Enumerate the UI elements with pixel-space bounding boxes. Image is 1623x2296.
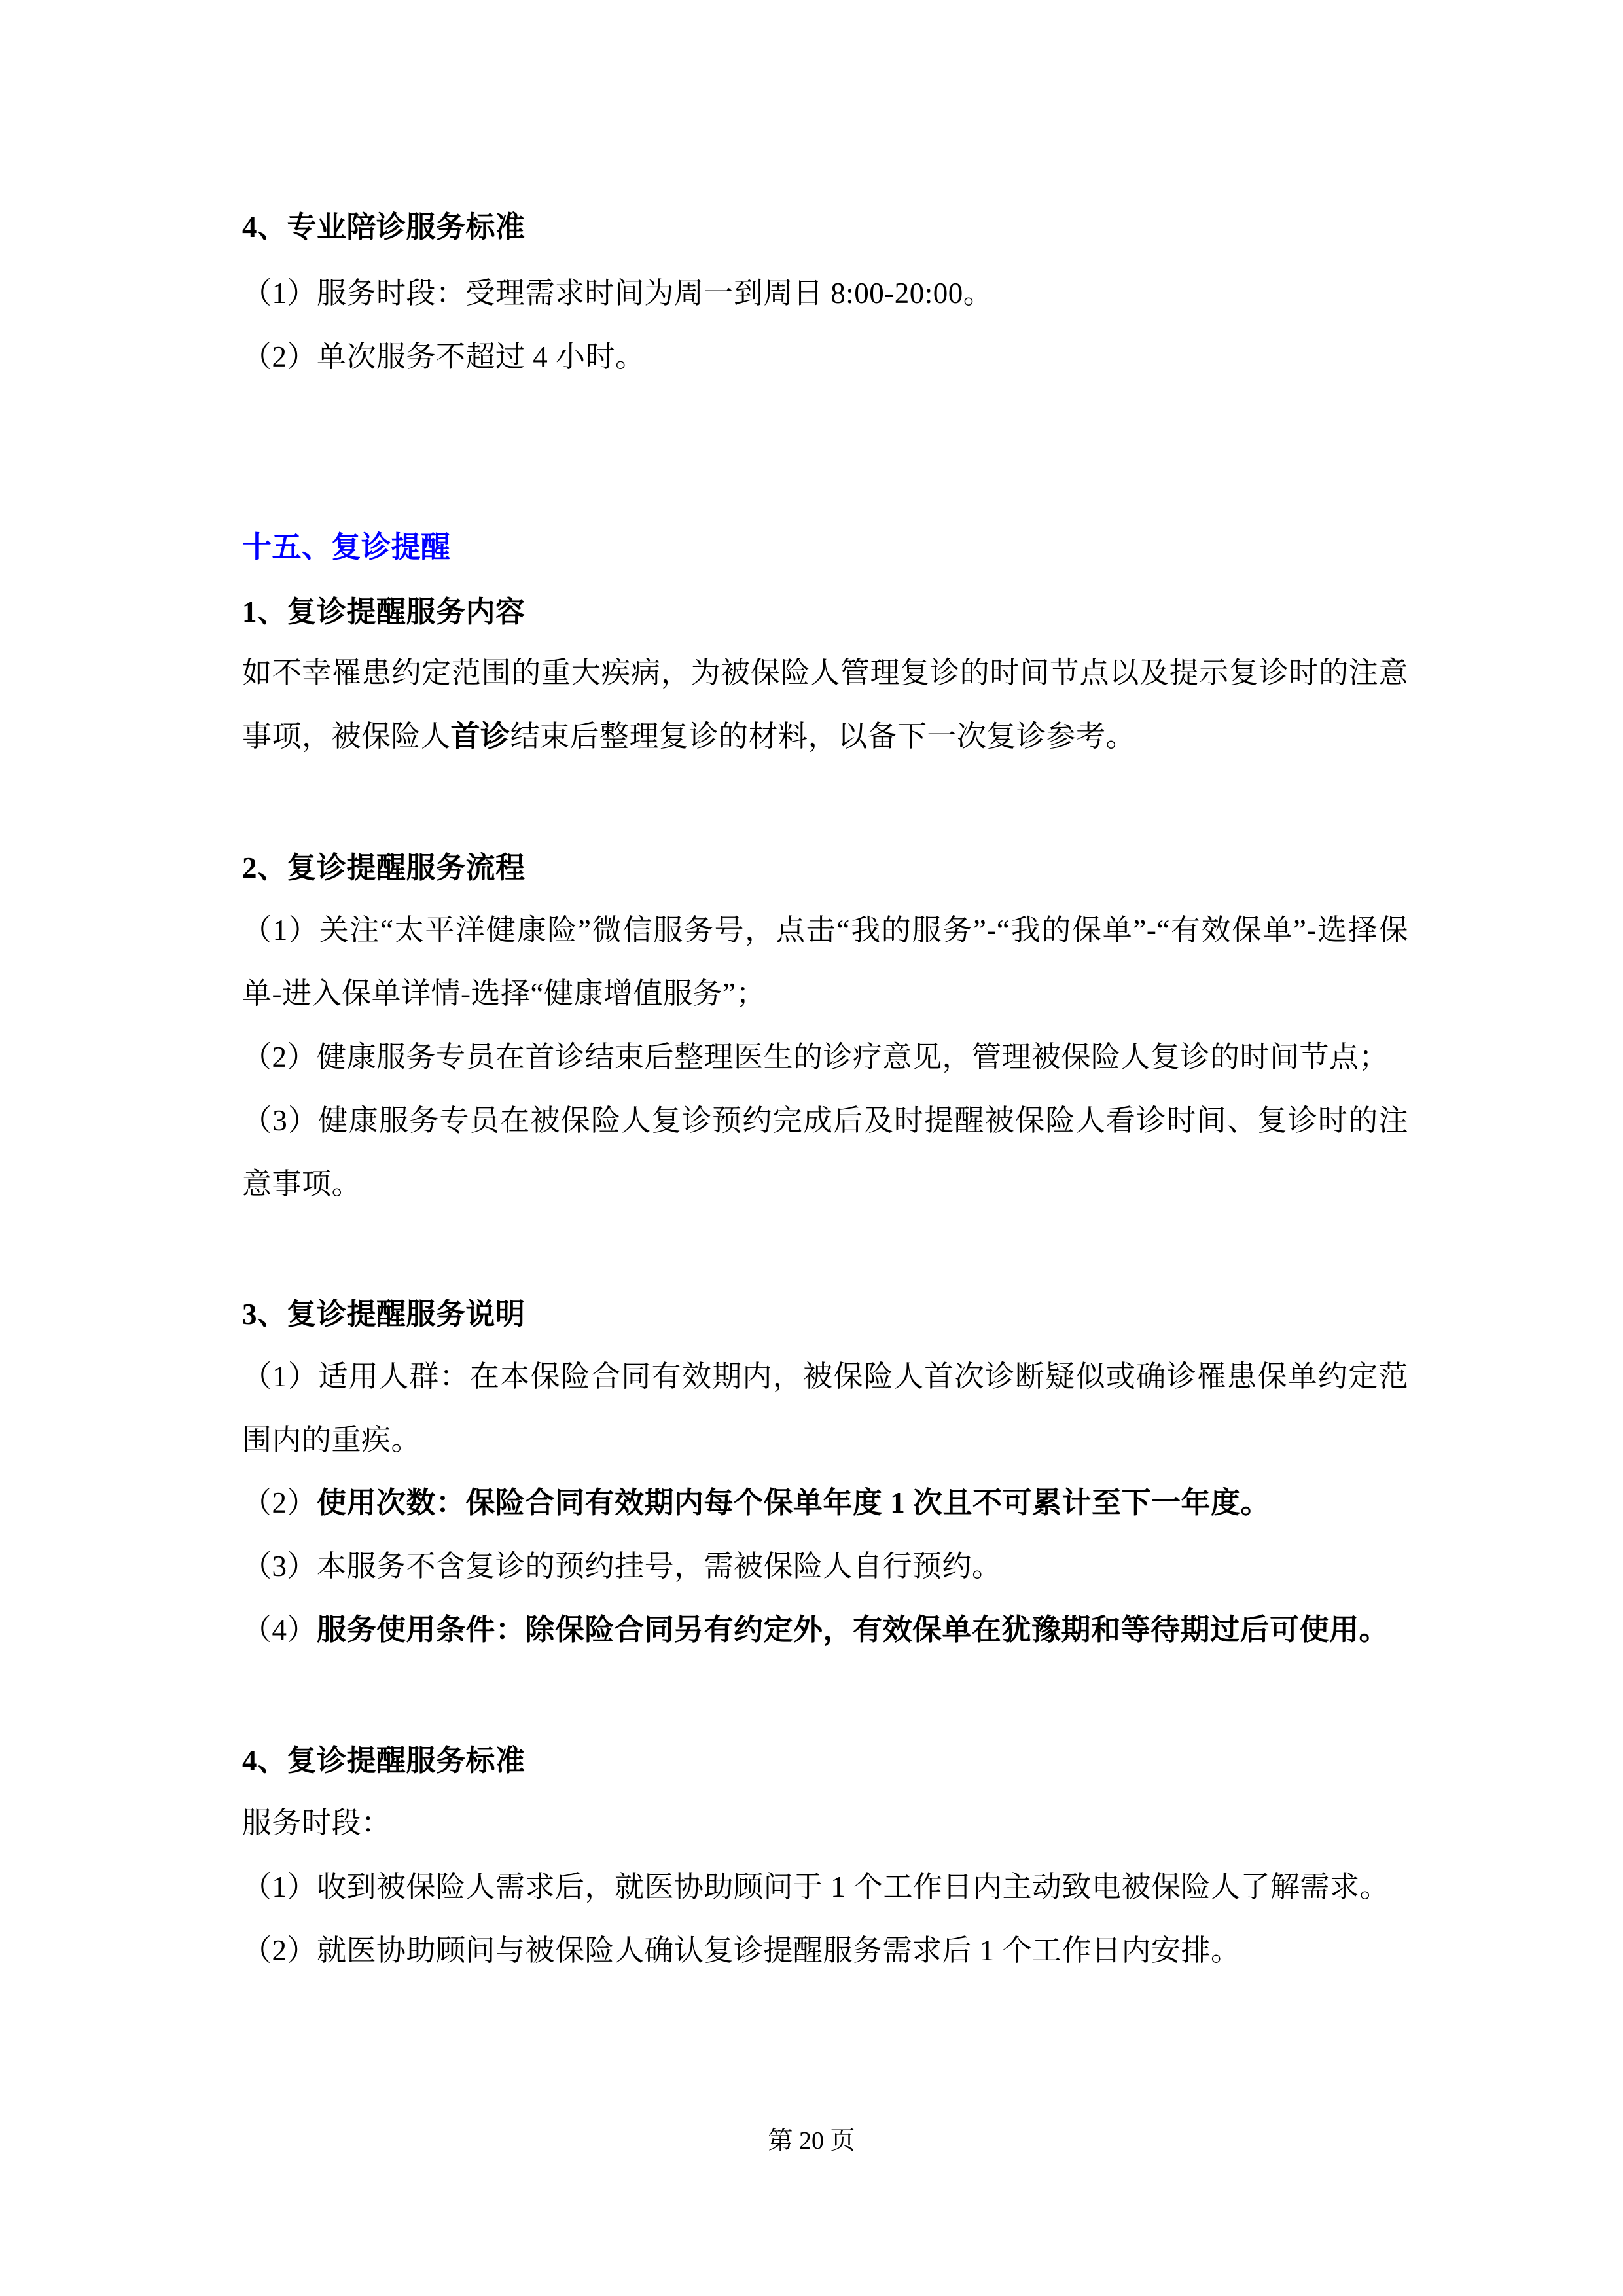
escort-standard-heading: 4、专业陪诊服务标准 [242, 196, 1408, 259]
page-number-footer: 第 20 页 [0, 2123, 1623, 2159]
flow-item-3: （3）健康服务专员在被保险人复诊预约完成后及时提醒被保险人看诊时间、复诊时的注意… [242, 1089, 1408, 1216]
document-page: 4、专业陪诊服务标准 （1）服务时段：受理需求时间为周一到周日 8:00-20:… [0, 0, 1623, 2296]
notes-item-1: （1）适用人群：在本保险合同有效期内，被保险人首次诊断疑似或确诊罹患保单约定范围… [242, 1345, 1408, 1472]
flow-item-1: （1）关注“太平洋健康险”微信服务号，点击“我的服务”-“我的保单”-“有效保单… [242, 899, 1408, 1026]
revisit-reminder-content-paragraph: 如不幸罹患约定范围的重大疾病，为被保险人管理复诊的时间节点以及提示复诊时的注意事… [242, 641, 1408, 768]
paragraph-bold-text: 首诊 [451, 720, 510, 753]
paragraph-text: 结束后整理复诊的材料，以备下一次复诊参考。 [510, 720, 1136, 753]
section-15-heading: 十五、复诊提醒 [242, 516, 1408, 579]
item-bold-text: 使用次数：保险合同有效期内每个保单年度 1 次且不可累计至下一年度。 [317, 1486, 1270, 1519]
notes-item-3: （3）本服务不含复诊的预约挂号，需被保险人自行预约。 [242, 1535, 1408, 1598]
flow-item-2: （2）健康服务专员在首诊结束后整理医生的诊疗意见，管理被保险人复诊的时间节点； [242, 1026, 1408, 1089]
service-period-label: 服务时段： [242, 1791, 1408, 1855]
notes-item-4: （4）服务使用条件：除保险合同另有约定外，有效保单在犹豫期和等待期过后可使用。 [242, 1598, 1408, 1662]
standard-item-2: （2）就医协助顾问与被保险人确认复诊提醒服务需求后 1 个工作日内安排。 [242, 1919, 1408, 1982]
item-number: （4） [242, 1613, 317, 1646]
item-bold-text: 服务使用条件：除保险合同另有约定外，有效保单在犹豫期和等待期过后可使用。 [317, 1613, 1389, 1646]
revisit-reminder-content-heading: 1、复诊提醒服务内容 [242, 581, 1408, 644]
revisit-reminder-notes-heading: 3、复诊提醒服务说明 [242, 1283, 1408, 1346]
revisit-reminder-flow-heading: 2、复诊提醒服务流程 [242, 836, 1408, 900]
revisit-reminder-standard-heading: 4、复诊提醒服务标准 [242, 1729, 1408, 1793]
standard-item-1: （1）收到被保险人需求后，就医协助顾问于 1 个工作日内主动致电被保险人了解需求… [242, 1856, 1408, 1919]
notes-item-2: （2）使用次数：保险合同有效期内每个保单年度 1 次且不可累计至下一年度。 [242, 1471, 1408, 1535]
escort-standard-item-2: （2）单次服务不超过 4 小时。 [242, 325, 1408, 389]
escort-standard-item-1: （1）服务时段：受理需求时间为周一到周日 8:00-20:00。 [242, 262, 1408, 325]
item-number: （2） [242, 1486, 317, 1519]
